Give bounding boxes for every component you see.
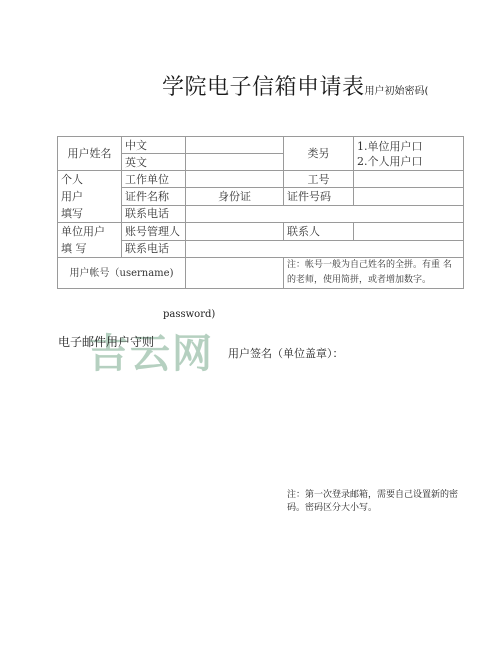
name-label: 用户姓名: [58, 137, 122, 171]
signature-label: 用户签名（单位盖章）：: [228, 345, 344, 361]
account-manager-field[interactable]: [186, 223, 284, 241]
staff-id-field[interactable]: [354, 171, 464, 188]
category-label: 类另: [284, 137, 354, 171]
english-name-field[interactable]: [186, 154, 284, 171]
phone-field[interactable]: [186, 205, 464, 222]
staff-id-label: 工号: [284, 171, 354, 188]
personal-user-label: 个人 用户 填写: [58, 171, 122, 223]
contact-field[interactable]: [354, 223, 464, 241]
unit-phone-field[interactable]: [186, 240, 464, 258]
category-options[interactable]: 1.单位用户口 2.个人用户口: [354, 137, 464, 171]
personal-label-line: 填写: [61, 205, 118, 222]
title-suffix: 用户初始密码(: [365, 86, 429, 97]
work-unit-label: 工作单位: [122, 171, 186, 188]
category-option-unit[interactable]: 1.单位用户口: [357, 139, 460, 154]
id-number-field[interactable]: [354, 188, 464, 205]
password-note: 注：第一次登录邮箱，需要自己设置新的密码。密码区分大小写。: [287, 489, 462, 515]
rules-heading: 电子邮件用户守则: [58, 333, 154, 350]
english-label: 英文: [122, 154, 186, 171]
unit-label-line: 单位用户: [61, 223, 118, 240]
id-type-value[interactable]: 身份证: [186, 188, 284, 205]
page-title: 学院电子信箱申请表用户初始密码(: [162, 70, 428, 101]
username-note: 注：帐号一般为自己姓名的全拼。有重 名的老师，使用简拼，或者增加数字。: [284, 258, 464, 289]
category-option-personal[interactable]: 2.个人用户口: [357, 154, 460, 169]
application-form-table: 用户姓名 中文 类另 1.单位用户口 2.个人用户口 英文 个人 用户 填写 工…: [57, 136, 464, 289]
watermark: 吉云网: [88, 322, 214, 379]
personal-label-line: 用户: [61, 188, 118, 205]
chinese-name-field[interactable]: [186, 137, 284, 154]
personal-label-line: 个人: [61, 171, 118, 188]
phone-label: 联系电话: [122, 205, 186, 222]
username-field[interactable]: [186, 258, 284, 289]
contact-label: 联系人: [284, 223, 354, 241]
unit-label-line: 填 写: [61, 240, 118, 257]
username-label: 用户帐号（username): [58, 258, 186, 289]
work-unit-field[interactable]: [186, 171, 284, 188]
unit-user-label: 单位用户 填 写: [58, 223, 122, 258]
password-suffix: password): [163, 309, 215, 320]
id-number-label: 证件号码: [284, 188, 354, 205]
id-type-label: 证件名称: [122, 188, 186, 205]
title-main: 学院电子信箱申请表: [162, 75, 365, 100]
chinese-label: 中文: [122, 137, 186, 154]
account-manager-label: 账号管理人: [122, 223, 186, 241]
unit-phone-label: 联系电话: [122, 240, 186, 258]
